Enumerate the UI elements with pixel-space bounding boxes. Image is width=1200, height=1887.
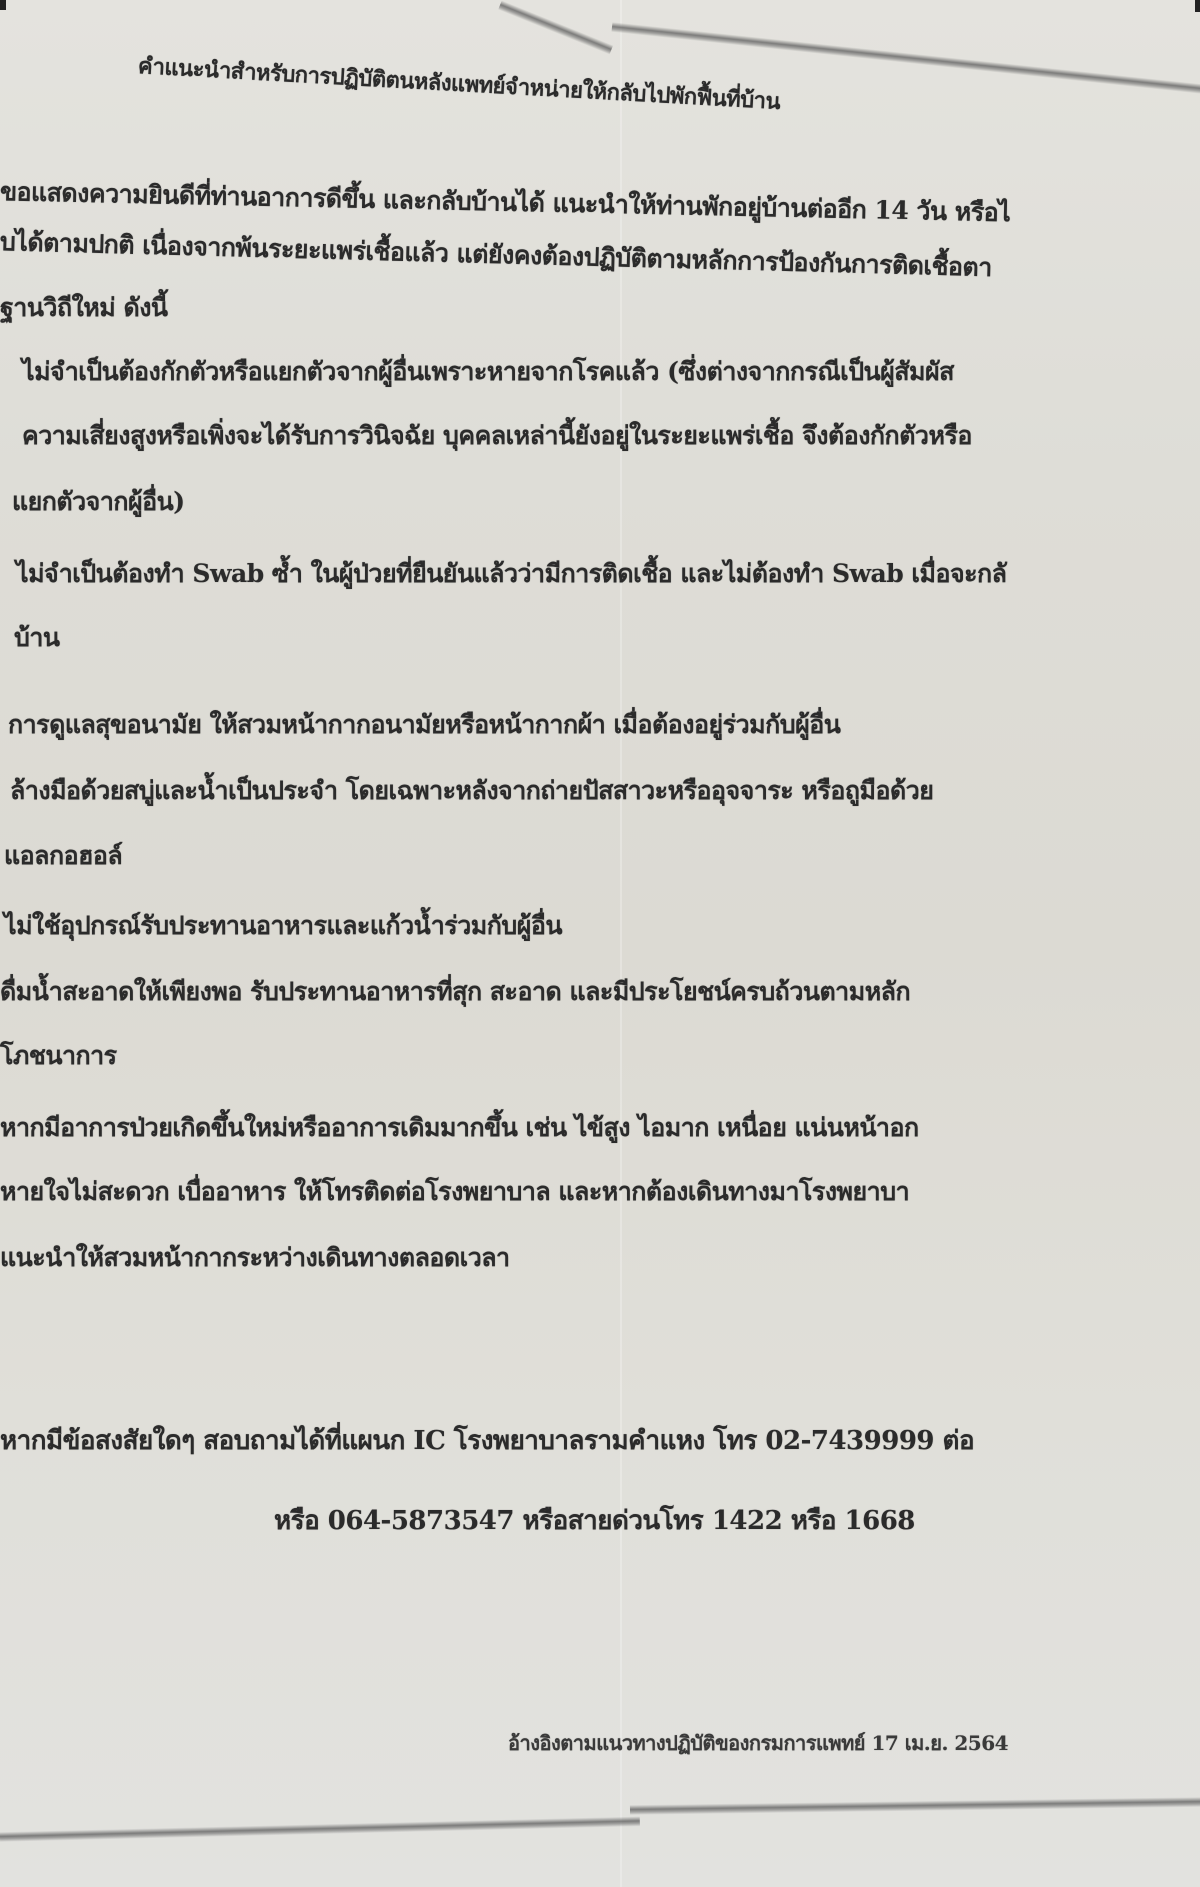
fold-line-top-left — [498, 0, 613, 54]
document-page: คำแนะนำสำหรับการปฏิบัติตนหลังแพทย์จำหน่า… — [0, 0, 1200, 1887]
photo-corner-top-left — [0, 0, 6, 10]
advice-item-3-line-2: ล้างมือด้วยสบู่และน้ำเป็นประจำ โดยเฉพาะห… — [10, 771, 933, 811]
reference-note: อ้างอิงตามแนวทางปฏิบัติของกรมการแพทย์ 17… — [508, 1727, 1008, 1759]
intro-line-1: ขอแสดงความยินดีที่ท่านอาการดีขึ้น และกลั… — [0, 172, 1011, 233]
photo-corner-top-right — [1195, 0, 1200, 12]
contact-line-1: หากมีข้อสงสัยใดๆ สอบถามได้ที่แผนก IC โรง… — [0, 1420, 974, 1461]
fold-line-bottom-left — [0, 1816, 640, 1842]
contact-line-2: หรือ 064-5873547 หรือสายด่วนโทร 1422 หรื… — [274, 1500, 915, 1541]
advice-item-2-line-2: บ้าน — [14, 618, 60, 658]
document-title: คำแนะนำสำหรับการปฏิบัติตนหลังแพทย์จำหน่า… — [137, 48, 781, 119]
advice-item-4-line-1: ไม่ใช้อุปกรณ์รับประทานอาหารและแก้วน้ำร่ว… — [4, 906, 562, 946]
fold-line-bottom-right — [630, 1797, 1200, 1815]
intro-line-3: ฐานวิถีใหม่ ดังนี้ — [0, 288, 168, 328]
advice-item-5-line-2: โภชนาการ — [0, 1036, 117, 1076]
advice-item-6-line-2: หายใจไม่สะดวก เบื่ออาหาร ให้โทรติดต่อโรง… — [0, 1172, 909, 1212]
advice-item-2-line-1: ไม่จำเป็นต้องทำ Swab ซ้ำ ในผู้ป่วยที่ยืน… — [16, 554, 1007, 594]
intro-line-2: บได้ตามปกติ เนื่องจากพ้นระยะแพร่เชื้อแล้… — [0, 222, 992, 288]
advice-item-1-line-2: ความเสี่ยงสูงหรือเพิ่งจะได้รับการวินิจฉั… — [22, 416, 972, 456]
advice-item-6-line-1: หากมีอาการป่วยเกิดขึ้นใหม่หรืออาการเดิมม… — [0, 1108, 919, 1148]
advice-item-1-line-3: แยกตัวจากผู้อื่น) — [12, 482, 185, 522]
paper-crease — [620, 0, 622, 1887]
advice-item-5-line-1: ดื่มน้ำสะอาดให้เพียงพอ รับประทานอาหารที่… — [0, 972, 910, 1012]
advice-item-6-line-3: แนะนำให้สวมหน้ากากระหว่างเดินทางตลอดเวลา — [0, 1238, 510, 1278]
advice-item-3-line-1: การดูแลสุขอนามัย ให้สวมหน้ากากอนามัยหรือ… — [8, 705, 840, 745]
advice-item-3-line-3: แอลกอฮอล์ — [4, 836, 122, 876]
advice-item-1-line-1: ไม่จำเป็นต้องกักตัวหรือแยกตัวจากผู้อื่นเ… — [22, 352, 954, 392]
